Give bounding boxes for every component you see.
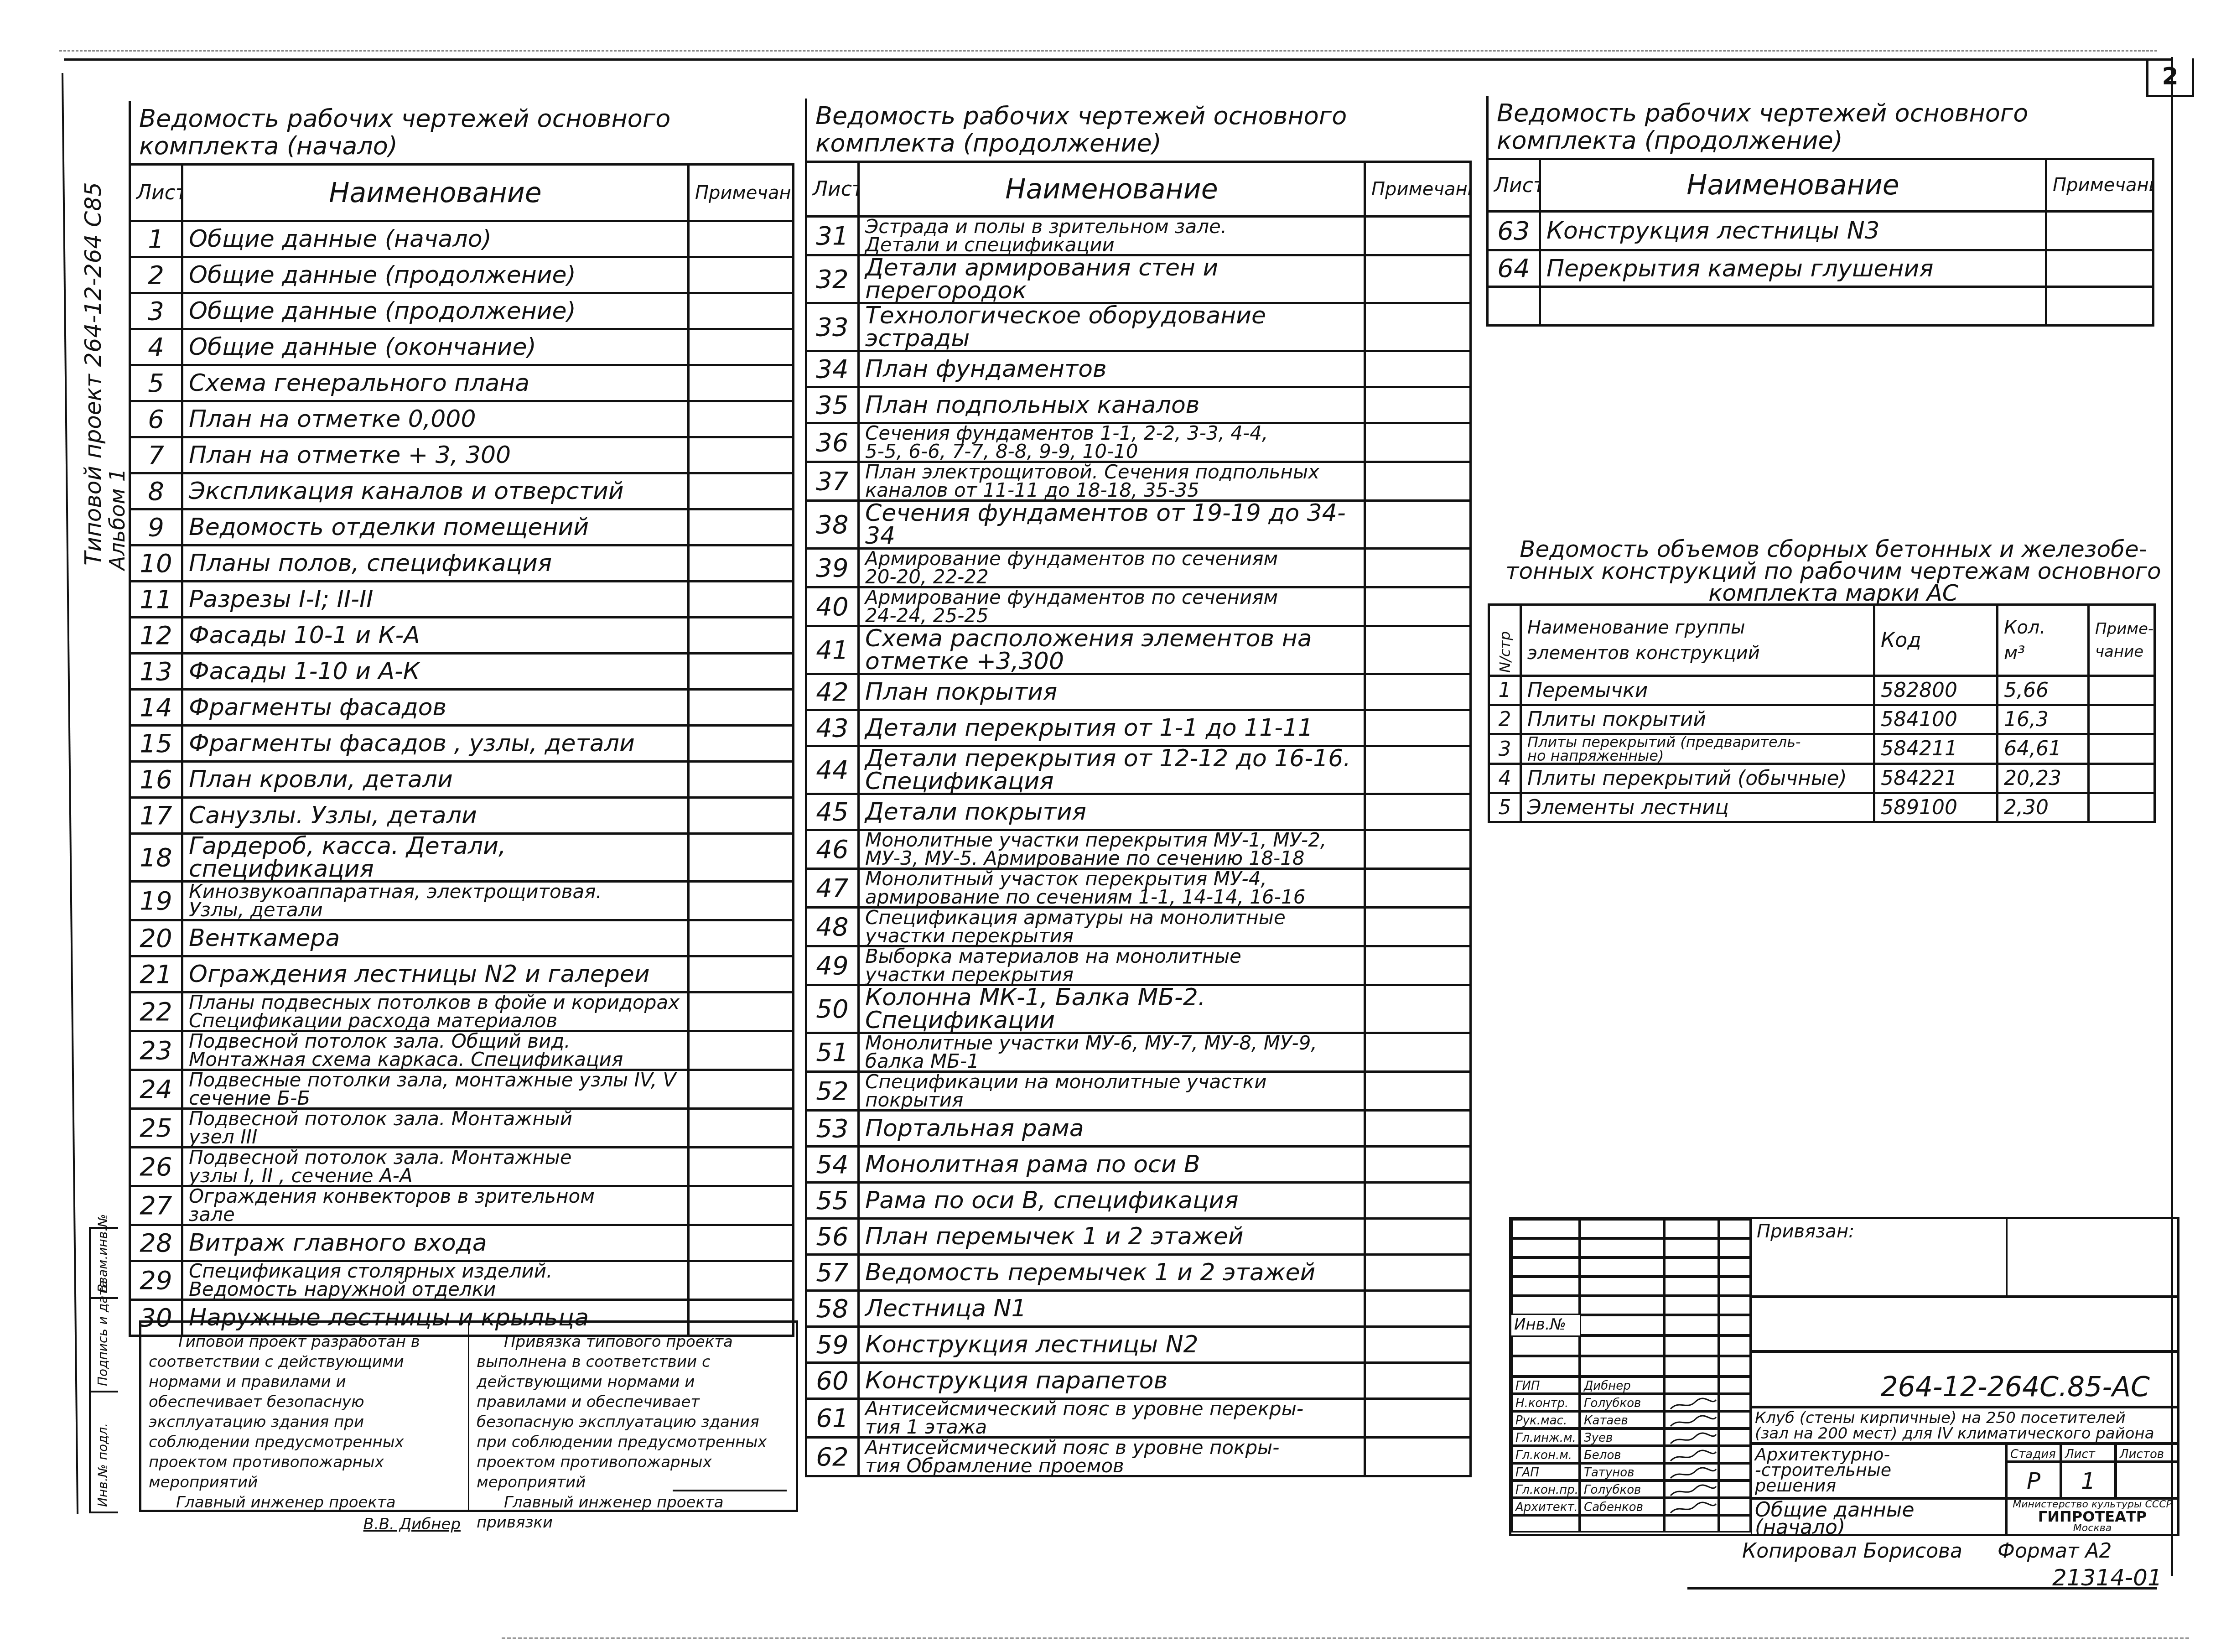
title-block-grid-cell [1511, 1296, 1580, 1315]
table-row: 47Монолитный участок перекрытия МУ-4, ар… [806, 869, 1471, 908]
sheet-header: Лист [2061, 1444, 2116, 1462]
header-note: Примечание [689, 165, 794, 221]
row-sheet-number: 39 [806, 549, 859, 587]
row-note [689, 545, 794, 582]
row-note [689, 1109, 794, 1148]
row-sheet-name: Антисейсмический пояс в уровне покры- ти… [859, 1438, 1365, 1476]
row-sheet-name: Конструкция лестницы N2 [859, 1327, 1365, 1363]
title-block-grid-cell [1580, 1238, 1664, 1257]
table-row: 22Планы подвесных потолков в фойе и кори… [130, 992, 794, 1031]
row-note [1365, 1363, 1471, 1399]
table-row: 17Санузлы. Узлы, детали [130, 798, 794, 834]
project-title: Клуб (стены кирпичные) на 250 посетителе… [1751, 1407, 2177, 1444]
row-note [689, 473, 794, 509]
row-sheet-number: 51 [806, 1033, 859, 1072]
notes-binding-text: Привязка типового проекта выполнена в со… [477, 1332, 789, 1492]
row-sheet-name: Конструкция лестницы N3 [1540, 212, 2046, 250]
row-note [689, 509, 794, 545]
row-sheet-name: Технологическое оборудование эстрады [859, 303, 1365, 351]
row-sheet-number: 59 [806, 1327, 859, 1363]
stage-value: Р [2006, 1462, 2061, 1498]
table-row: 35План подпольных каналов [806, 387, 1471, 423]
signature-icon [1668, 1449, 1718, 1463]
table-title-row: Ведомость рабочих чертежей основного ком… [806, 99, 1471, 162]
frame-trim-line-top [59, 50, 2157, 52]
table-row: 44Детали перекрытия от 12-12 до 16-16. С… [806, 746, 1471, 794]
frame-border-top [64, 58, 2171, 61]
frame-trim-line-bottom [502, 1637, 2189, 1639]
row-sheet-name: Общие данные (продолжение) [182, 293, 689, 329]
row-note [689, 882, 794, 920]
signatory-signature [1664, 1481, 1719, 1498]
row-sheet-name: Детали перекрытия от 12-12 до 16-16. Спе… [859, 746, 1365, 794]
row-note [689, 1186, 794, 1225]
sheets-header: Листов [2116, 1444, 2177, 1462]
row-sheet-name: Кинозвукоаппаратная, электрощитовая. Узл… [182, 882, 689, 920]
table-row: 40Армирование фундаментов по сечениям 24… [806, 587, 1471, 626]
row-sheet-name: Детали армирования стен и перегородок [859, 255, 1365, 303]
table-row: 32Детали армирования стен и перегородок [806, 255, 1471, 303]
row-sheet-number: 19 [130, 882, 182, 920]
margin-stamp: Взам.инв.№ Подпись и дата Инв.№ подл. [89, 1227, 118, 1513]
table-title-row: Ведомость рабочих чертежей основного ком… [1488, 96, 2153, 159]
row-element-group: Плиты перекрытий (обычные) [1521, 764, 1874, 793]
row-sheet-name: Общие данные (окончание) [182, 329, 689, 365]
row-sheet-name: Спецификации на монолитные участки покры… [859, 1072, 1365, 1111]
row-sheet-name: Конструкция парапетов [859, 1363, 1365, 1399]
table-row: 4Плиты перекрытий (обычные)58422120,23 [1489, 764, 2155, 793]
row-sheet-name: Подвесной потолок зала. Монтажный узел I… [182, 1109, 689, 1148]
title-block-grid-cell [1511, 1277, 1580, 1296]
row-sheet-number: 60 [806, 1363, 859, 1399]
row-sheet-name: Эстрада и полы в зрительном зале. Детали… [859, 217, 1365, 255]
row-sheet-number: 15 [130, 726, 182, 762]
attached-side-cell [2006, 1219, 2177, 1297]
row-sheet-name: Перекрытия камеры глушения [1540, 250, 2046, 287]
row-sheet-number: 63 [1488, 212, 1540, 250]
table-row: 9Ведомость отделки помещений [130, 509, 794, 545]
row-sheet-number: 14 [130, 690, 182, 726]
header-note: Примечание [1365, 162, 1471, 217]
row-note [689, 654, 794, 690]
table-row: 1Общие данные (начало) [130, 221, 794, 257]
row-sheet-name: Монолитный участок перекрытия МУ-4, арми… [859, 869, 1365, 908]
header-element-group: Наименование группы элементов конструкци… [1521, 605, 1874, 676]
row-note [1365, 1072, 1471, 1111]
row-sheet-number: 32 [806, 255, 859, 303]
row-sheet-number: 8 [130, 473, 182, 509]
row-note [689, 401, 794, 437]
table-row: 24Подвесные потолки зала, монтажные узлы… [130, 1070, 794, 1109]
organization-name: ГИПРОТЕАТР [2008, 1510, 2177, 1523]
row-sheet-name: Монолитные участки перекрытия МУ-1, МУ-2… [859, 830, 1365, 869]
title-block-grid-cell [1580, 1219, 1664, 1238]
table-row: 14Фрагменты фасадов [130, 690, 794, 726]
row-sheet-number: 16 [130, 762, 182, 798]
table-row: 48Спецификация арматуры на монолитные уч… [806, 908, 1471, 946]
title-block-grid-cell [1719, 1257, 1751, 1277]
table-row: 25Подвесной потолок зала. Монтажный узел… [130, 1109, 794, 1148]
table-row: 3Плиты перекрытий (предваритель- но напр… [1489, 734, 2155, 764]
row-note [2046, 287, 2153, 326]
row-sheet-name: Ведомость отделки помещений [182, 509, 689, 545]
signatory-role: Архитект. [1511, 1498, 1580, 1515]
row-note [2089, 705, 2155, 734]
organization-city: Москва [2008, 1523, 2177, 1533]
row-note [1365, 710, 1471, 746]
row-sheet-number: 26 [130, 1148, 182, 1186]
signatory-role: ГИП [1511, 1377, 1580, 1394]
row-code: 584221 [1874, 764, 1998, 793]
row-sheet-number: 23 [130, 1031, 182, 1070]
row-sheet-name: Сечения фундаментов от 19-19 до 34-34 [859, 501, 1365, 549]
row-sheet-number: 11 [130, 582, 182, 618]
doc-code-cell: 264-12-264С.85-АС [1751, 1351, 2177, 1407]
table-row: 12Фасады 10-1 и К-А [130, 618, 794, 654]
row-sheet-number: 13 [130, 654, 182, 690]
title-block-grid-cell [1664, 1315, 1719, 1335]
row-sheet-name: Ограждения конвекторов в зрительном зале [182, 1186, 689, 1225]
concrete-table-title: Ведомость объемов сборных бетонных и жел… [1505, 538, 2162, 604]
row-sheet-number: 28 [130, 1225, 182, 1261]
table-row: 61Антисейсмический пояс в уровне перекры… [806, 1399, 1471, 1438]
signatory-name: Зуев [1580, 1429, 1664, 1446]
drawings-list-table-continued-2: Ведомость рабочих чертежей основного ком… [1486, 96, 2154, 327]
table-row: 27Ограждения конвекторов в зрительном за… [130, 1186, 794, 1225]
row-sheet-name: Рама по оси В, спецификация [859, 1183, 1365, 1219]
row-note [1365, 462, 1471, 501]
row-sheet-number: 42 [806, 674, 859, 710]
row-sheet-number: 41 [806, 626, 859, 674]
row-number: 3 [1489, 734, 1521, 764]
row-sheet-number: 47 [806, 869, 859, 908]
table-row: 21Ограждения лестницы N2 и галереи [130, 956, 794, 992]
notes-binding-signature-title: Главный инженер проекта привязки [477, 1492, 789, 1533]
row-note [1365, 1147, 1471, 1183]
row-sheet-number: 58 [806, 1291, 859, 1327]
row-note [1365, 1291, 1471, 1327]
signatory-name: Голубков [1580, 1394, 1664, 1411]
row-sheet-name: План покрытия [859, 674, 1365, 710]
title-block-grid-cell [1664, 1219, 1719, 1238]
row-note [689, 329, 794, 365]
table-row: 43Детали перекрытия от 1-1 до 11-11 [806, 710, 1471, 746]
row-sheet-number: 20 [130, 920, 182, 956]
concrete-volumes-table: N/стрНаименование группы элементов конст… [1488, 603, 2156, 823]
row-note [689, 834, 794, 882]
row-sheet-number: 57 [806, 1255, 859, 1291]
margin-project-label: Типовой проект 264-12-264 С85 [80, 182, 106, 566]
table-row: 42План покрытия [806, 674, 1471, 710]
drawings-list-table-continued-1: Ведомость рабочих чертежей основного ком… [805, 99, 1472, 1477]
table-row: 56План перемычек 1 и 2 этажей [806, 1219, 1471, 1255]
header-note: Примечание [2046, 159, 2153, 212]
row-note [689, 257, 794, 293]
row-sheet-number: 31 [806, 217, 859, 255]
row-quantity: 2,30 [1998, 793, 2089, 822]
signatory-name: Дибнер [1580, 1377, 1664, 1394]
row-note [1365, 674, 1471, 710]
row-element-group: Плиты перекрытий (предваритель- но напря… [1521, 734, 1874, 764]
signatory-role: ГАП [1511, 1463, 1580, 1481]
row-sheet-name: План кровли, детали [182, 762, 689, 798]
signatory-signature [1664, 1429, 1719, 1446]
signatory-role: Рук.мас. [1511, 1411, 1580, 1429]
row-sheet-name: Антисейсмический пояс в уровне перекры- … [859, 1399, 1365, 1438]
row-sheet-number: 62 [806, 1438, 859, 1476]
row-note [2046, 250, 2153, 287]
title-block-grid-cell [1511, 1257, 1580, 1277]
signatory-date [1719, 1446, 1751, 1463]
header-quantity: Кол. м³ [1998, 605, 2089, 676]
title-block-grid-cell [1719, 1335, 1751, 1356]
row-note [2089, 676, 2155, 705]
table-row: 2Плиты покрытий58410016,3 [1489, 705, 2155, 734]
row-sheet-number: 50 [806, 985, 859, 1033]
row-note [689, 762, 794, 798]
signatory-role [1511, 1515, 1580, 1533]
row-sheet-number: 6 [130, 401, 182, 437]
signatory-name [1580, 1515, 1664, 1533]
row-note [1365, 1327, 1471, 1363]
row-sheet-number: 9 [130, 509, 182, 545]
row-sheet-name: Монолитная рама по оси В [859, 1147, 1365, 1183]
row-note [1365, 501, 1471, 549]
title-block-grid-cell [1664, 1335, 1719, 1356]
table-row: 50Колонна МК-1, Балка МБ-2. Спецификации [806, 985, 1471, 1033]
row-sheet-name: План подпольных каналов [859, 387, 1365, 423]
row-sheet-name: Детали покрытия [859, 794, 1365, 830]
row-sheet-number: 2 [130, 257, 182, 293]
row-note [1365, 423, 1471, 462]
signature-icon [1668, 1484, 1718, 1498]
row-sheet-number: 54 [806, 1147, 859, 1183]
row-code: 584211 [1874, 734, 1998, 764]
title-block-grid-cell [1511, 1238, 1580, 1257]
notes-binding-statement: Привязка типового проекта выполнена в со… [468, 1323, 796, 1510]
row-sheet-name: Спецификация столярных изделий. Ведомост… [182, 1261, 689, 1300]
row-note [2089, 734, 2155, 764]
table-title: Ведомость рабочих чертежей основного ком… [130, 101, 794, 165]
title-block-grid-cell [1719, 1238, 1751, 1257]
row-sheet-name: Фасады 1-10 и А-К [182, 654, 689, 690]
attached-label: Привязан: [1754, 1222, 1858, 1241]
signatory-role: Гл.кон.пр. [1511, 1481, 1580, 1498]
row-sheet-number: 38 [806, 501, 859, 549]
row-note [1365, 908, 1471, 946]
drawings-list-table-start: Ведомость рабочих чертежей основного ком… [129, 101, 794, 1337]
row-note [1365, 549, 1471, 587]
signatory-signature [1664, 1394, 1719, 1411]
row-sheet-name: План фундаментов [859, 351, 1365, 387]
row-note [1365, 830, 1471, 869]
row-sheet-name: Фрагменты фасадов , узлы, детали [182, 726, 689, 762]
row-code: 584100 [1874, 705, 1998, 734]
row-sheet-number: 1 [130, 221, 182, 257]
row-element-group: Плиты покрытий [1521, 705, 1874, 734]
row-sheet-name: Витраж главного входа [182, 1225, 689, 1261]
header-code: Код [1874, 605, 1998, 676]
table-header-row: N/стрНаименование группы элементов конст… [1489, 605, 2155, 676]
table-row: 57Ведомость перемычек 1 и 2 этажей [806, 1255, 1471, 1291]
row-sheet-number: 35 [806, 387, 859, 423]
signatory-role: Гл.кон.м. [1511, 1446, 1580, 1463]
title-block-grid-cell [1664, 1238, 1719, 1257]
table-row: 2Общие данные (продолжение) [130, 257, 794, 293]
table-header-row: ЛистНаименованиеПримечание [1488, 159, 2153, 212]
row-quantity: 16,3 [1998, 705, 2089, 734]
table-row: 46Монолитные участки перекрытия МУ-1, МУ… [806, 830, 1471, 869]
row-sheet-number: 21 [130, 956, 182, 992]
table-row: 28Витраж главного входа [130, 1225, 794, 1261]
inv-number-label: Инв.№ [1511, 1315, 1587, 1335]
row-sheet-name: Общие данные (начало) [182, 221, 689, 257]
organization: Министерство культуры СССР ГИПРОТЕАТР Мо… [2006, 1498, 2177, 1534]
table-row: 54Монолитная рама по оси В [806, 1147, 1471, 1183]
signatory-date [1719, 1515, 1751, 1533]
doc-code: 264-12-264С.85-АС [1880, 1371, 2150, 1403]
row-sheet-number: 37 [806, 462, 859, 501]
table-row: 52Спецификации на монолитные участки пок… [806, 1072, 1471, 1111]
row-note [1365, 1219, 1471, 1255]
notes-design-signature-title: Главный инженер проекта [149, 1492, 461, 1512]
signature-icon [1668, 1466, 1718, 1481]
row-sheet-number: 52 [806, 1072, 859, 1111]
table-row: 16План кровли, детали [130, 762, 794, 798]
row-note [1365, 869, 1471, 908]
stamp-field-inv-original: Инв.№ подл. [95, 1423, 110, 1507]
table-row: 5Элементы лестниц5891002,30 [1489, 793, 2155, 822]
header-name: Наименование [182, 165, 689, 221]
title-block-grid-cell [1511, 1335, 1580, 1356]
table-row: 23Подвесной потолок зала. Общий вид. Мон… [130, 1031, 794, 1070]
signatory-signature [1664, 1411, 1719, 1429]
header-sheet: Лист [1488, 159, 1540, 212]
row-note [2089, 764, 2155, 793]
table-row: 34План фундаментов [806, 351, 1471, 387]
table-row: 38Сечения фундаментов от 19-19 до 34-34 [806, 501, 1471, 549]
row-note [689, 365, 794, 401]
table-row: 5Схема генерального плана [130, 365, 794, 401]
row-sheet-name: Фрагменты фасадов [182, 690, 689, 726]
row-sheet-name: Схема расположения элементов на отметке … [859, 626, 1365, 674]
row-note [1365, 985, 1471, 1033]
table-row: 62Антисейсмический пояс в уровне покры- … [806, 1438, 1471, 1476]
row-sheet-name: Подвесной потолок зала. Общий вид. Монта… [182, 1031, 689, 1070]
row-sheet-number: 56 [806, 1219, 859, 1255]
row-note [1365, 746, 1471, 794]
signatory-role: Н.контр. [1511, 1394, 1580, 1411]
row-sheet-name: Гардероб, касса. Детали, спецификация [182, 834, 689, 882]
row-sheet-name: План на отметке + 3, 300 [182, 437, 689, 473]
title-block-grid-cell [1719, 1277, 1751, 1296]
header-name: Наименование [859, 162, 1365, 217]
row-note [689, 920, 794, 956]
sheet-value: 1 [2061, 1462, 2116, 1498]
header-note: Приме- чание [2089, 605, 2155, 676]
row-sheet-name: План перемычек 1 и 2 этажей [859, 1219, 1365, 1255]
row-note [1365, 1438, 1471, 1476]
row-sheet-number: 27 [130, 1186, 182, 1225]
row-note [1365, 946, 1471, 985]
signatory-name: Голубков [1580, 1481, 1664, 1498]
signature-icon [1668, 1397, 1718, 1411]
sheet-title: Общие данные (начало) [1751, 1498, 2006, 1534]
row-note [689, 798, 794, 834]
row-code: 589100 [1874, 793, 1998, 822]
row-sheet-name: Схема генерального плана [182, 365, 689, 401]
row-sheet-number: 17 [130, 798, 182, 834]
signatory-signature [1664, 1515, 1719, 1533]
title-block-grid-cell [1664, 1257, 1719, 1277]
header-sheet: Лист [806, 162, 859, 217]
blank-cell [1751, 1297, 2177, 1351]
table-row: 13Фасады 1-10 и А-К [130, 654, 794, 690]
row-sheet-name: Планы подвесных потолков в фойе и коридо… [182, 992, 689, 1031]
row-sheet-number: 49 [806, 946, 859, 985]
signatory-date [1719, 1377, 1751, 1394]
row-note [689, 618, 794, 654]
row-sheet-name: Монолитные участки МУ-6, МУ-7, МУ-8, МУ-… [859, 1033, 1365, 1072]
title-block-grid-cell [1719, 1315, 1751, 1335]
title-block-grid-cell [1580, 1277, 1664, 1296]
title-block-grid-cell [1580, 1296, 1664, 1315]
table-row: 26Подвесной потолок зала. Монтажные узлы… [130, 1148, 794, 1186]
signatory-date [1719, 1411, 1751, 1429]
table-title: Ведомость рабочих чертежей основного ком… [806, 99, 1471, 162]
row-sheet-name: Фасады 10-1 и К-А [182, 618, 689, 654]
title-block-grid-cell [1580, 1335, 1664, 1356]
table-row: 4Общие данные (окончание) [130, 329, 794, 365]
row-sheet-name: Выборка материалов на монолитные участки… [859, 946, 1365, 985]
sheet-format: Формат А2 [1998, 1539, 2112, 1563]
row-sheet-number: 61 [806, 1399, 859, 1438]
row-sheet-name: Общие данные (продолжение) [182, 257, 689, 293]
row-note [1365, 1399, 1471, 1438]
table-row: 6 План на отметке 0,000 [130, 401, 794, 437]
row-sheet-name: Сечения фундаментов 1-1, 2-2, 3-3, 4-4, … [859, 423, 1365, 462]
title-block-grid-cell [1719, 1296, 1751, 1315]
copied-by: Копировал Борисова [1742, 1539, 1962, 1563]
table-row: 11Разрезы I-I; II-II [130, 582, 794, 618]
signature-icon [1668, 1501, 1718, 1515]
row-sheet-number: 33 [806, 303, 859, 351]
row-sheet-number: 46 [806, 830, 859, 869]
row-number: 1 [1489, 676, 1521, 705]
row-note [689, 992, 794, 1031]
sheets-value [2116, 1462, 2177, 1498]
signatory-date [1719, 1481, 1751, 1498]
table-row: 39Армирование фундаментов по сечениям 20… [806, 549, 1471, 587]
table-row: 55Рама по оси В, спецификация [806, 1183, 1471, 1219]
row-sheet-name: План электрощитовой. Сечения подпольных … [859, 462, 1365, 501]
signatory-signature [1664, 1498, 1719, 1515]
header-row-number: N/стр [1489, 605, 1521, 676]
row-number: 2 [1489, 705, 1521, 734]
table-row: 58 Лестница N1 [806, 1291, 1471, 1327]
notes-design-text: Типовой проект разработан в соответствии… [149, 1332, 461, 1492]
row-element-group: Перемычки [1521, 676, 1874, 705]
footer-line [1687, 1587, 2157, 1590]
table-row: 36Сечения фундаментов 1-1, 2-2, 3-3, 4-4… [806, 423, 1471, 462]
row-sheet-number: 7 [130, 437, 182, 473]
row-quantity: 5,66 [1998, 676, 2089, 705]
table-row: 49Выборка материалов на монолитные участ… [806, 946, 1471, 985]
table-row [1488, 287, 2153, 326]
row-note [1365, 1033, 1471, 1072]
table-row: 64Перекрытия камеры глушения [1488, 250, 2153, 287]
row-sheet-name: Детали перекрытия от 1-1 до 11-11 [859, 710, 1365, 746]
